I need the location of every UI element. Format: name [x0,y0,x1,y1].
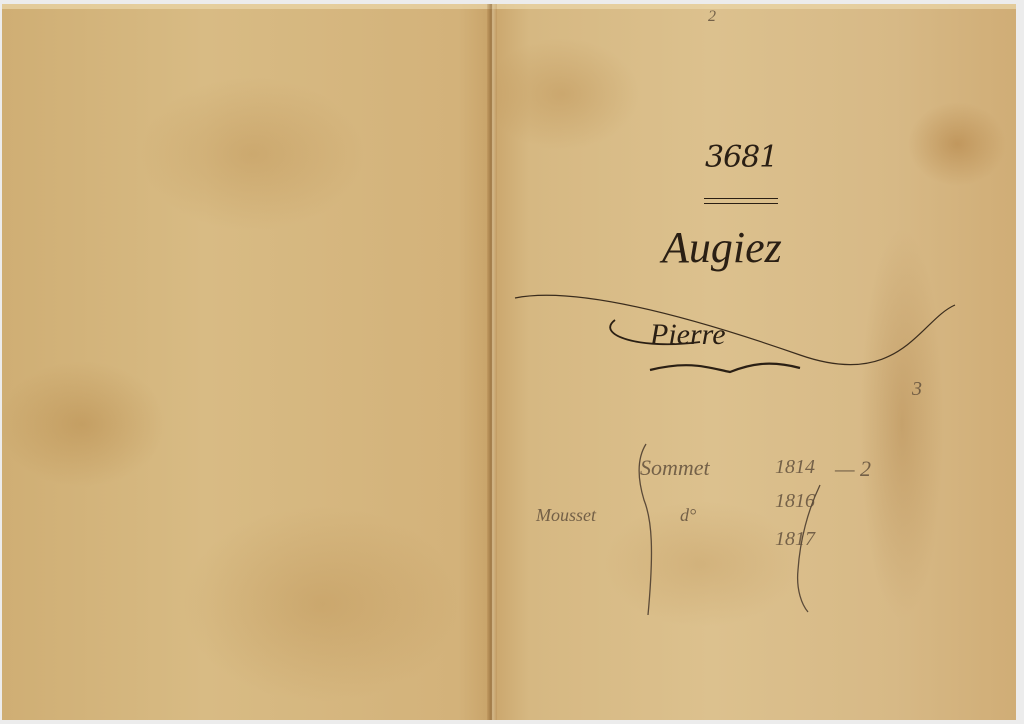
page-mark-top: 2 [708,8,716,26]
pencil-annotation-label-1: Sommet [640,455,710,481]
pencil-year-2: 1816 [775,490,815,513]
first-name: Pierre [650,318,726,352]
pencil-year-3: 1817 [775,528,815,551]
pencil-annotation-label-2: Mousset [536,505,596,526]
surname-heading: Augiez [662,222,782,273]
pencil-ditto-mark: d° [680,505,696,526]
pencil-year-1: 1814 [775,456,815,479]
calligraphic-flourish [500,280,960,390]
center-fold-crease [487,4,497,720]
top-edge-highlight [2,4,1016,9]
page-mark-side: 3 [912,378,922,401]
reference-number: 3681 [705,140,777,175]
reference-number-underline [704,198,778,204]
pencil-dash-annotation: — 2 [835,456,871,482]
